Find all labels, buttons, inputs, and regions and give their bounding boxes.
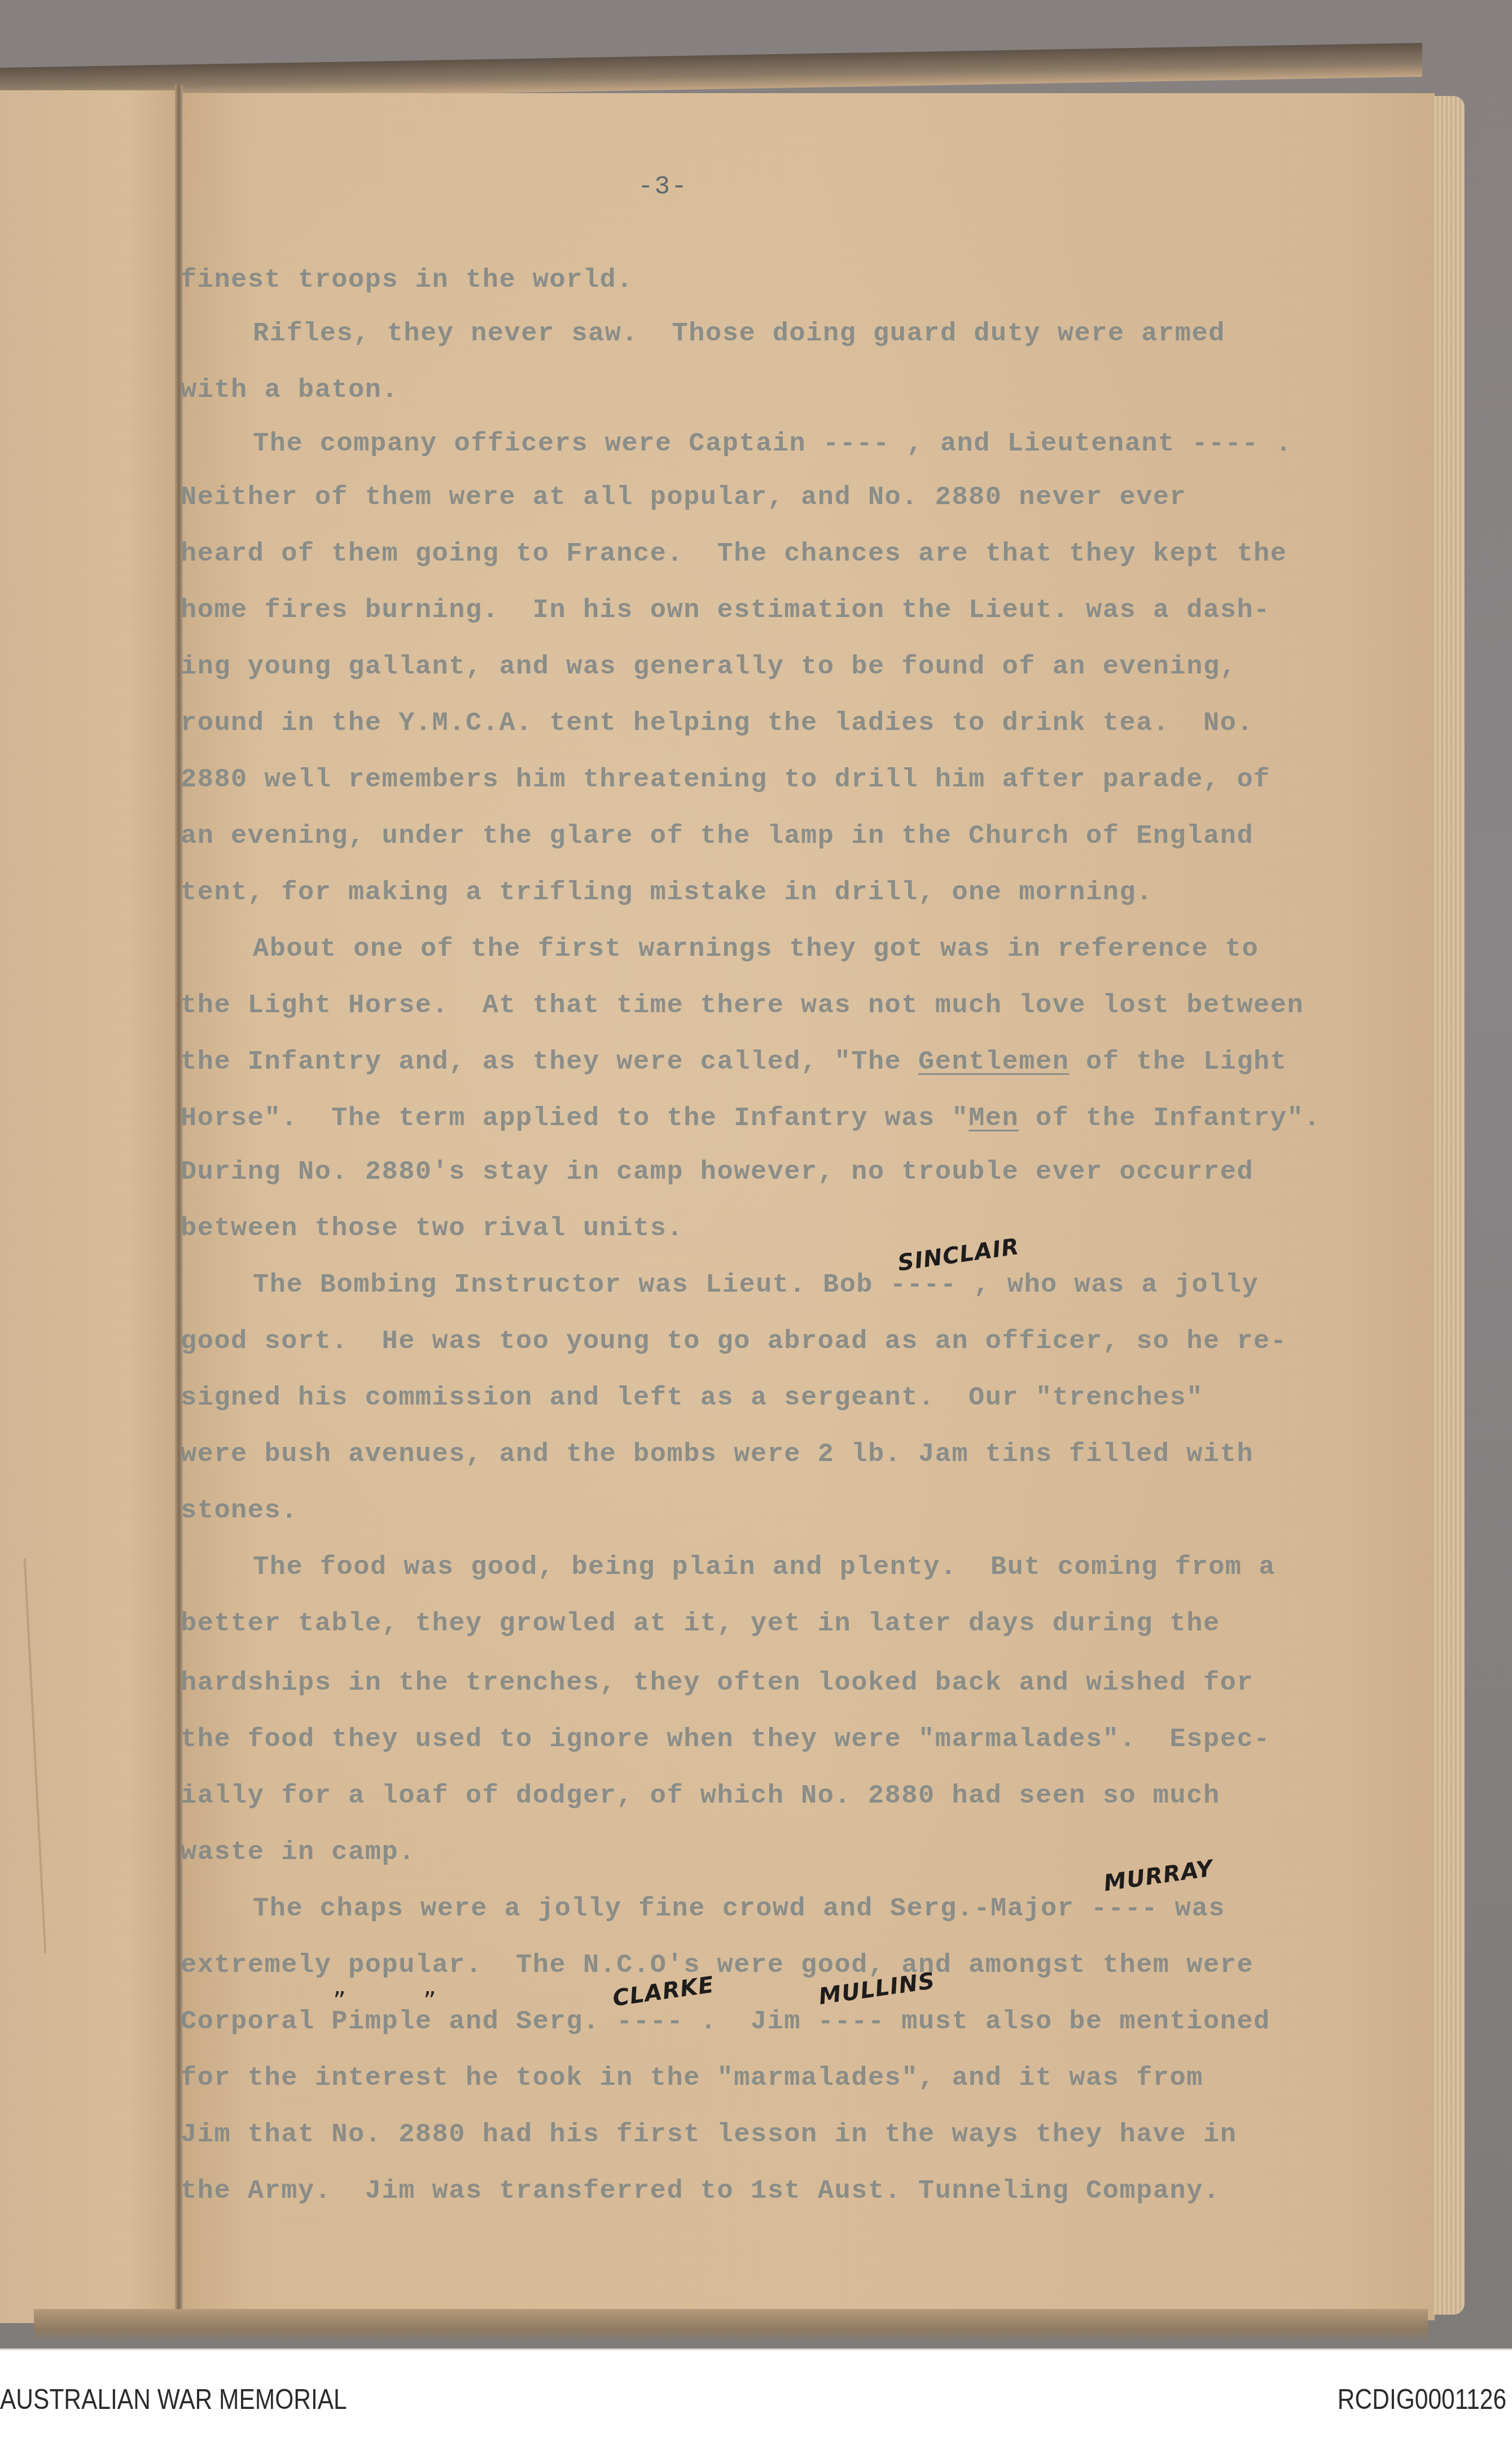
text-line: an evening, under the glare of the lamp … xyxy=(181,821,1254,851)
text-line: better table, they growled at it, yet in… xyxy=(181,1609,1220,1639)
text-line: ing young gallant, and was generally to … xyxy=(181,652,1237,682)
institution-name: AUSTRALIAN WAR MEMORIAL xyxy=(0,2383,347,2416)
text-line: home fires burning. In his own estimatio… xyxy=(181,596,1270,626)
ditto-mark: ” xyxy=(333,1987,346,2016)
text-line: Jim that No. 2880 had his first lesson i… xyxy=(181,2120,1237,2150)
footer: AUSTRALIAN WAR MEMORIAL RCDIG0001126 xyxy=(0,2349,1512,2449)
text-line: tent, for making a trifling mistake in d… xyxy=(181,878,1153,908)
document-scan: -3- finest troops in the world.Rifles, t… xyxy=(0,0,1512,2349)
text-line: The Bombing Instructor was Lieut. Bob --… xyxy=(253,1270,1259,1300)
record-id: RCDIG0001126 xyxy=(1338,2383,1506,2416)
underlined-word: Men xyxy=(968,1104,1019,1134)
page-crease xyxy=(24,1558,47,1953)
text-line: the Light Horse. At that time there was … xyxy=(181,991,1304,1021)
text-line: stones. xyxy=(181,1496,298,1526)
text-line: The company officers were Captain ---- ,… xyxy=(253,429,1292,459)
text-line: Rifles, they never saw. Those doing guar… xyxy=(253,319,1225,349)
text-line: 2880 well remembers him threatening to d… xyxy=(181,765,1270,795)
text-line: for the interest he took in the "marmala… xyxy=(181,2063,1203,2093)
book-bottom-edge xyxy=(34,2309,1428,2343)
text-line: were bush avenues, and the bombs were 2 … xyxy=(181,1440,1254,1470)
text-line: heard of them going to France. The chanc… xyxy=(181,539,1287,569)
text-line: between those two rival units. xyxy=(181,1214,683,1244)
page-stack-edge xyxy=(1434,96,1465,2315)
text-line: The chaps were a jolly fine crowd and Se… xyxy=(253,1894,1225,1924)
text-line: waste in camp. xyxy=(181,1838,415,1868)
text-line: good sort. He was too young to go abroad… xyxy=(181,1327,1287,1357)
page-number: -3- xyxy=(638,172,688,202)
underlined-word: Gentlemen xyxy=(918,1047,1069,1077)
text-line: finest troops in the world. xyxy=(181,265,633,295)
text-line: The food was good, being plain and plent… xyxy=(253,1553,1276,1582)
text-line: About one of the first warnings they got… xyxy=(253,934,1259,964)
book-spine xyxy=(175,85,183,2320)
text-line: ially for a loaf of dodger, of which No.… xyxy=(181,1781,1220,1811)
text-line: round in the Y.M.C.A. tent helping the l… xyxy=(181,709,1254,738)
text-line: the food they used to ignore when they w… xyxy=(181,1725,1270,1755)
ditto-mark: ” xyxy=(423,1987,436,2016)
left-page xyxy=(0,90,179,2323)
text-line: Neither of them were at all popular, and… xyxy=(181,483,1186,513)
right-page xyxy=(182,93,1435,2320)
text-line: the Infantry and, as they were called, "… xyxy=(181,1047,1287,1077)
text-line: signed his commission and left as a serg… xyxy=(181,1383,1203,1413)
text-line: extremely popular. The N.C.O's were good… xyxy=(181,1951,1254,1980)
text-line: During No. 2880's stay in camp however, … xyxy=(181,1157,1254,1187)
text-line: with a baton. xyxy=(181,375,398,405)
text-line: Horse". The term applied to the Infantry… xyxy=(181,1104,1321,1134)
text-line: the Army. Jim was transferred to 1st Aus… xyxy=(181,2176,1220,2206)
text-line: hardships in the trenches, they often lo… xyxy=(181,1668,1254,1698)
